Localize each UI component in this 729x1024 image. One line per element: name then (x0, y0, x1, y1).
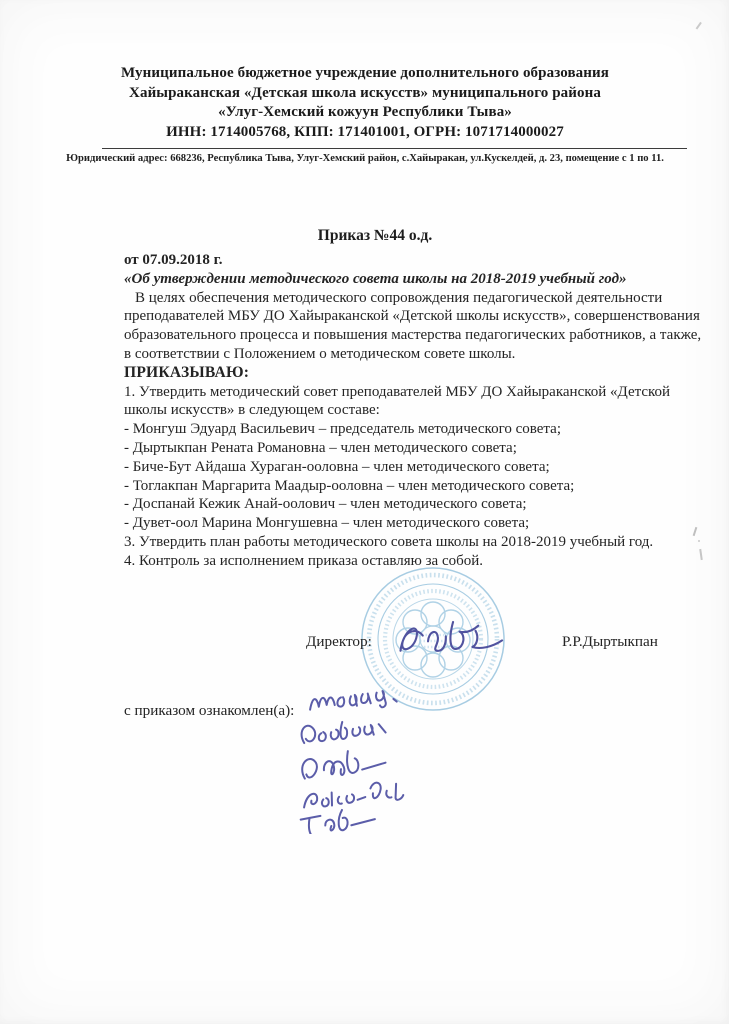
org-name-line-1: Муниципальное бюджетное учреждение допол… (40, 64, 690, 84)
resolve-word: ПРИКАЗЫВАЮ: (124, 364, 702, 383)
order-title: Приказ №44 о.д. (50, 227, 700, 245)
director-label: Директор: (306, 633, 372, 651)
member-line: - Тоглакпан Маргарита Маадыр-ооловна – ч… (124, 477, 702, 496)
order-preamble: В целях обеспечения методического сопров… (124, 289, 702, 364)
scanned-order-document: Муниципальное бюджетное учреждение допол… (0, 0, 729, 1024)
order-item-3: 3. Утвердить план работы методического с… (124, 533, 702, 552)
legal-address: Юридический адрес: 668236, Республика Ты… (30, 153, 700, 164)
order-subject: «Об утверждении методического совета шко… (124, 270, 702, 289)
letterhead: Муниципальное бюджетное учреждение допол… (40, 64, 690, 142)
member-line: - Монгуш Эдуард Васильевич – председател… (124, 420, 702, 439)
org-requisites-line: ИНН: 1714005768, КПП: 171401001, ОГРН: 1… (40, 123, 690, 143)
scan-artifact (696, 22, 709, 34)
member-line: - Биче-Бут Айдаша Хураган-ооловна – член… (124, 458, 702, 477)
director-handwritten-signature (388, 612, 518, 668)
org-name-line-3: «Улуг-Хемский кожуун Республики Тыва» (40, 103, 690, 123)
scan-artifact (698, 540, 700, 542)
order-body: от 07.09.2018 г. «Об утверждении методич… (124, 251, 702, 571)
letterhead-divider (102, 148, 687, 149)
scan-artifact (699, 549, 703, 560)
acknowledgement-label: с приказом ознакомлен(а): (124, 702, 294, 720)
order-date: от 07.09.2018 г. (124, 251, 702, 270)
member-line: - Доспанай Кежик Анай-оолович – член мет… (124, 495, 702, 514)
director-name: Р.Р.Дыртыкпан (562, 633, 658, 651)
acknowledgement-signatures (284, 682, 524, 834)
order-item-1: 1. Утвердить методический совет преподав… (124, 383, 702, 421)
org-name-line-2: Хайыраканская «Детская школа искусств» м… (40, 84, 690, 104)
member-line: - Дыртыкпан Рената Романовна – член мето… (124, 439, 702, 458)
member-line: - Дувет-оол Марина Монгушевна – член мет… (124, 514, 702, 533)
